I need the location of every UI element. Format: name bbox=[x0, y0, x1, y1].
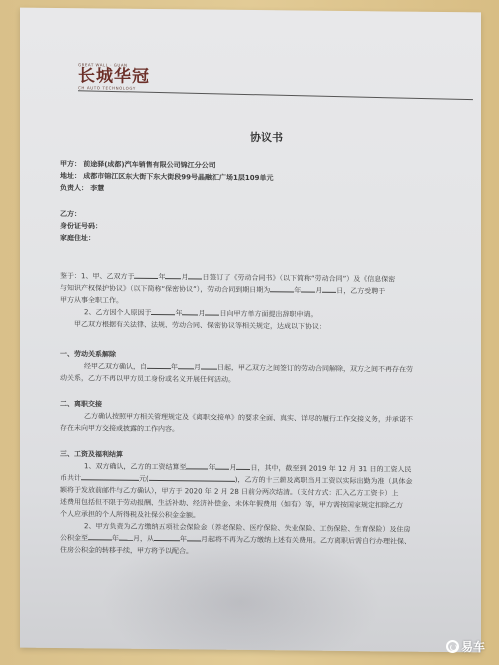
text-span: 年 bbox=[171, 363, 178, 371]
blank-field bbox=[215, 462, 229, 470]
text-span: 币共计 bbox=[60, 474, 81, 482]
text-span: 日，乙方受聘于 bbox=[336, 287, 385, 296]
blank-field bbox=[322, 285, 336, 293]
person-in-charge-row: 负责人： 李慧 bbox=[60, 182, 273, 196]
text-span: 月 bbox=[198, 309, 205, 317]
document-title: 协议书 bbox=[250, 129, 283, 145]
address-label: 地址： bbox=[60, 172, 81, 180]
home-address-row: 家庭住址： bbox=[60, 232, 273, 246]
document-paper: GREAT WALL · GUAN 长城华冠 CH AUTO TECHNOLOG… bbox=[20, 8, 481, 653]
text-span: 月，从 bbox=[133, 535, 154, 543]
text-span: 2、乙方因个人原因于 bbox=[84, 308, 151, 317]
company-logo: GREAT WALL · GUAN 长城华冠 CH AUTO TECHNOLOG… bbox=[78, 62, 150, 91]
id-number-label: 身份证号码： bbox=[60, 222, 102, 230]
blank-field bbox=[201, 361, 217, 369]
blank-field bbox=[188, 271, 202, 279]
blank-field bbox=[187, 533, 201, 541]
section-labor-relation: 一、劳动关系解除 经甲乙双方确认，自年月日起，甲乙双方之间签订的劳动合同解除，双… bbox=[60, 348, 465, 388]
text-span: 年 bbox=[180, 535, 187, 543]
person-in-charge-label: 负责人： bbox=[60, 184, 88, 192]
party-a-label: 甲方： bbox=[60, 160, 81, 168]
text-span: 经甲乙双方确认，自 bbox=[84, 362, 147, 371]
text-span: 日，其中，截至到 2019 年 12 月 31 日的工资人民 bbox=[250, 464, 411, 474]
blank-field bbox=[301, 285, 315, 293]
yiche-logo-icon bbox=[446, 640, 459, 653]
section-handover: 二、离职交接 乙方确认按照甲方相关管理规定及《离职交接单》的要求全面、真实、详尽… bbox=[60, 398, 465, 438]
blank-field bbox=[134, 271, 158, 279]
text-span: 日起，甲乙双方之间签订的劳动合同解除，双方之间不再存在劳 bbox=[217, 364, 413, 374]
party-b-label: 乙方： bbox=[60, 210, 81, 218]
text-span: 甲方从事全职工作。 bbox=[60, 296, 123, 305]
text-span: 月 bbox=[315, 287, 322, 295]
text-span: 与知识产权保护协议》（以下简称“保密协议”），劳动合同到期日期为 bbox=[60, 284, 270, 294]
text-span: 鉴于：1、甲、乙双方于 bbox=[60, 272, 134, 281]
text-span: 元( bbox=[139, 475, 149, 483]
blank-field bbox=[182, 307, 198, 315]
text-span: 年 bbox=[294, 286, 301, 294]
watermark-text: 易车 bbox=[461, 638, 485, 655]
section-salary-settlement: 三、工资及福利结算 1、双方确认，乙方的工资结算至年月日，其中，截至到 2019… bbox=[60, 448, 465, 560]
blank-field bbox=[165, 271, 181, 279]
blank-field bbox=[236, 462, 250, 470]
header-divider bbox=[78, 90, 473, 100]
blank-field bbox=[88, 532, 112, 540]
yiche-watermark: 易车 bbox=[446, 638, 485, 655]
blank-field bbox=[151, 307, 175, 315]
blank-field bbox=[270, 284, 294, 292]
blank-field bbox=[149, 473, 235, 482]
blank-field bbox=[154, 533, 180, 541]
text-span: 月 bbox=[229, 464, 236, 472]
text-span: )，乙方的十三薪及离职当月工资以实际出勤为准（具体金 bbox=[235, 476, 413, 486]
address-value: 成都市锦江区东大街下东大街段99号晶融汇广场1层109单元 bbox=[83, 172, 273, 182]
text-span: 年 bbox=[208, 464, 215, 472]
person-in-charge-value: 李慧 bbox=[90, 184, 104, 192]
blank-field bbox=[119, 533, 133, 541]
text-span: 公积金至 bbox=[60, 534, 88, 542]
text-span: 日签订了《劳动合同书》（以下简称“劳动合同”）及《信息保密 bbox=[202, 273, 395, 283]
text-span: 年 bbox=[158, 273, 165, 281]
party-info: 甲方： 前途驿(成都)汽车销售有限公司锦江分公司 地址： 成都市锦江区东大街下东… bbox=[60, 158, 273, 246]
blank-field bbox=[81, 472, 139, 481]
text-span: 1、双方确认，乙方的工资结算至 bbox=[84, 462, 186, 471]
text-span: 月 bbox=[181, 273, 188, 281]
home-address-label: 家庭住址： bbox=[60, 234, 95, 242]
blank-field bbox=[178, 361, 194, 369]
text-span: 月起将不再为乙方缴纳上述有关费用。乙方离职后需自行办理社保、 bbox=[201, 535, 411, 545]
text-span: 年 bbox=[112, 535, 119, 543]
blank-field bbox=[205, 308, 219, 316]
text-span: 甲乙双方根据有关法律、法规、劳动合同、保密协议等相关规定，达成以下协议： bbox=[74, 320, 326, 331]
text-span: 年 bbox=[175, 309, 182, 317]
text-span: 月 bbox=[194, 363, 201, 371]
text-span: 日向甲方单方面提出辞职申请。 bbox=[219, 310, 317, 319]
blank-field bbox=[147, 361, 171, 369]
preamble: 鉴于：1、甲、乙双方于年月日签订了《劳动合同书》（以下简称“劳动合同”）及《信息… bbox=[60, 270, 465, 334]
logo-main-text: 长城华冠 bbox=[78, 67, 150, 86]
blank-field bbox=[186, 461, 208, 469]
party-a-value: 前途驿(成都)汽车销售有限公司锦江分公司 bbox=[83, 160, 215, 169]
